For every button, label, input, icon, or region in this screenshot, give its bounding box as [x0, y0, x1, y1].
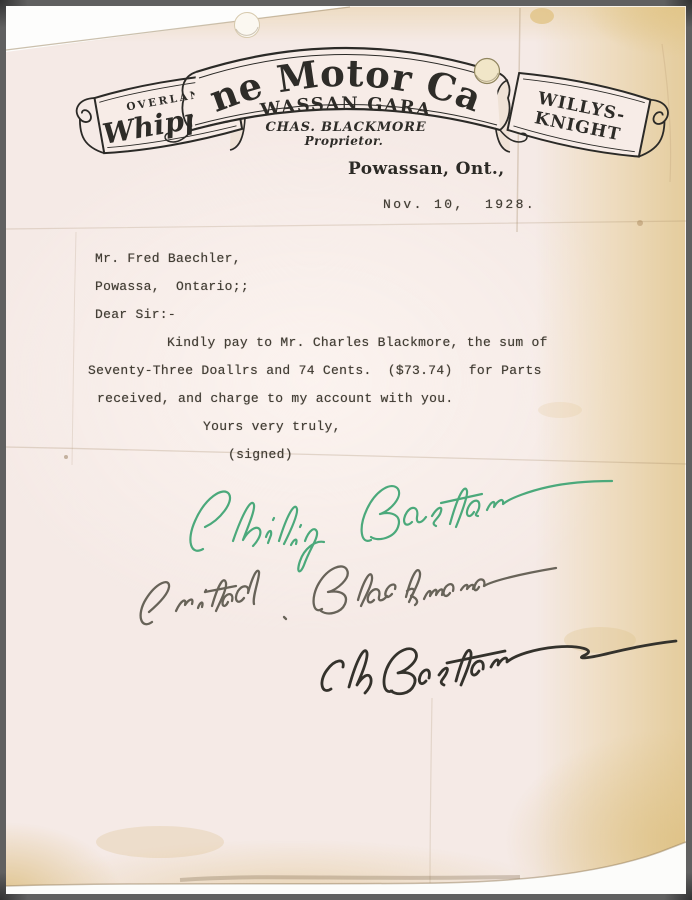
city-line: Powassan, Ont., — [348, 159, 505, 179]
date-line: Nov. 10, 1928. — [383, 197, 536, 212]
closing-line: Yours very truly, — [203, 419, 341, 434]
salutation-line: Dear Sir:- — [95, 307, 176, 322]
signed-marker-line: (signed) — [228, 447, 293, 462]
recipient-city-line: Powassa, Ontario;; — [95, 279, 249, 294]
scanned-letter: OVERLAND Whippet WILLYS- KNIGHT Fine — [0, 0, 692, 900]
body-line-2: Seventy-Three Doallrs and 74 Cents. ($73… — [88, 363, 542, 378]
body-line-1: Kindly pay to Mr. Charles Blackmore, the… — [167, 335, 548, 350]
body-line-3: received, and charge to my account with … — [97, 391, 453, 406]
recipient-name-line: Mr. Fred Baechler, — [95, 251, 241, 266]
letter-paper — [6, 6, 686, 894]
